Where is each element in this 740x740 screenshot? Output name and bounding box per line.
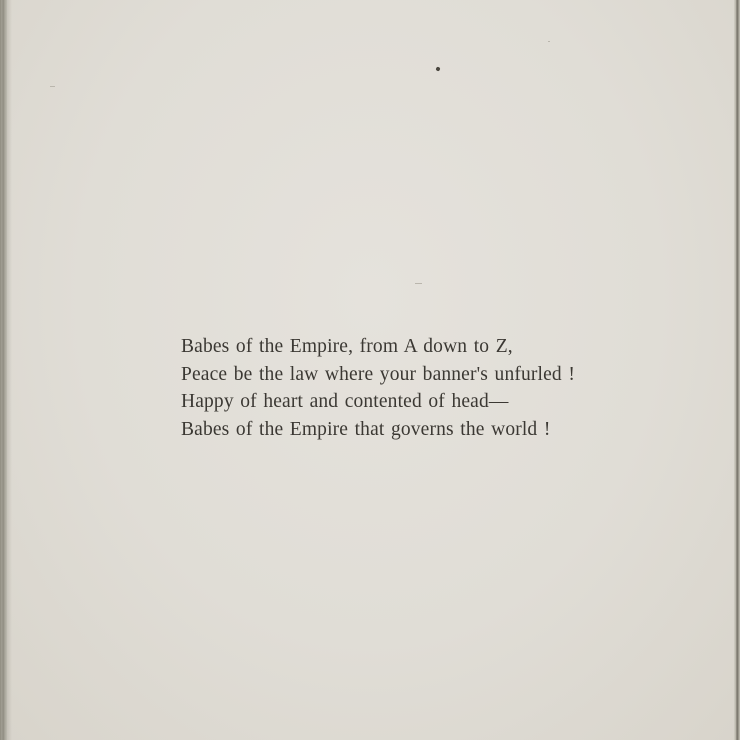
paper-mark	[415, 283, 422, 284]
verse-line-3: Happy of heart and contented of head—	[181, 388, 575, 416]
page-left-shadow	[7, 0, 12, 740]
verse-line-2: Peace be the law where your banner's unf…	[181, 361, 575, 389]
page-right-edge	[734, 0, 740, 740]
verse-line-4: Babes of the Empire that governs the wor…	[181, 416, 575, 444]
page-left-binding-edge	[0, 0, 7, 740]
paper-mark	[50, 86, 55, 87]
verse-block: Babes of the Empire, from A down to Z, P…	[181, 333, 575, 443]
verse-line-1: Babes of the Empire, from A down to Z,	[181, 333, 575, 361]
ink-speck	[435, 66, 440, 71]
book-page: Babes of the Empire, from A down to Z, P…	[0, 0, 740, 740]
paper-mark	[548, 41, 550, 42]
